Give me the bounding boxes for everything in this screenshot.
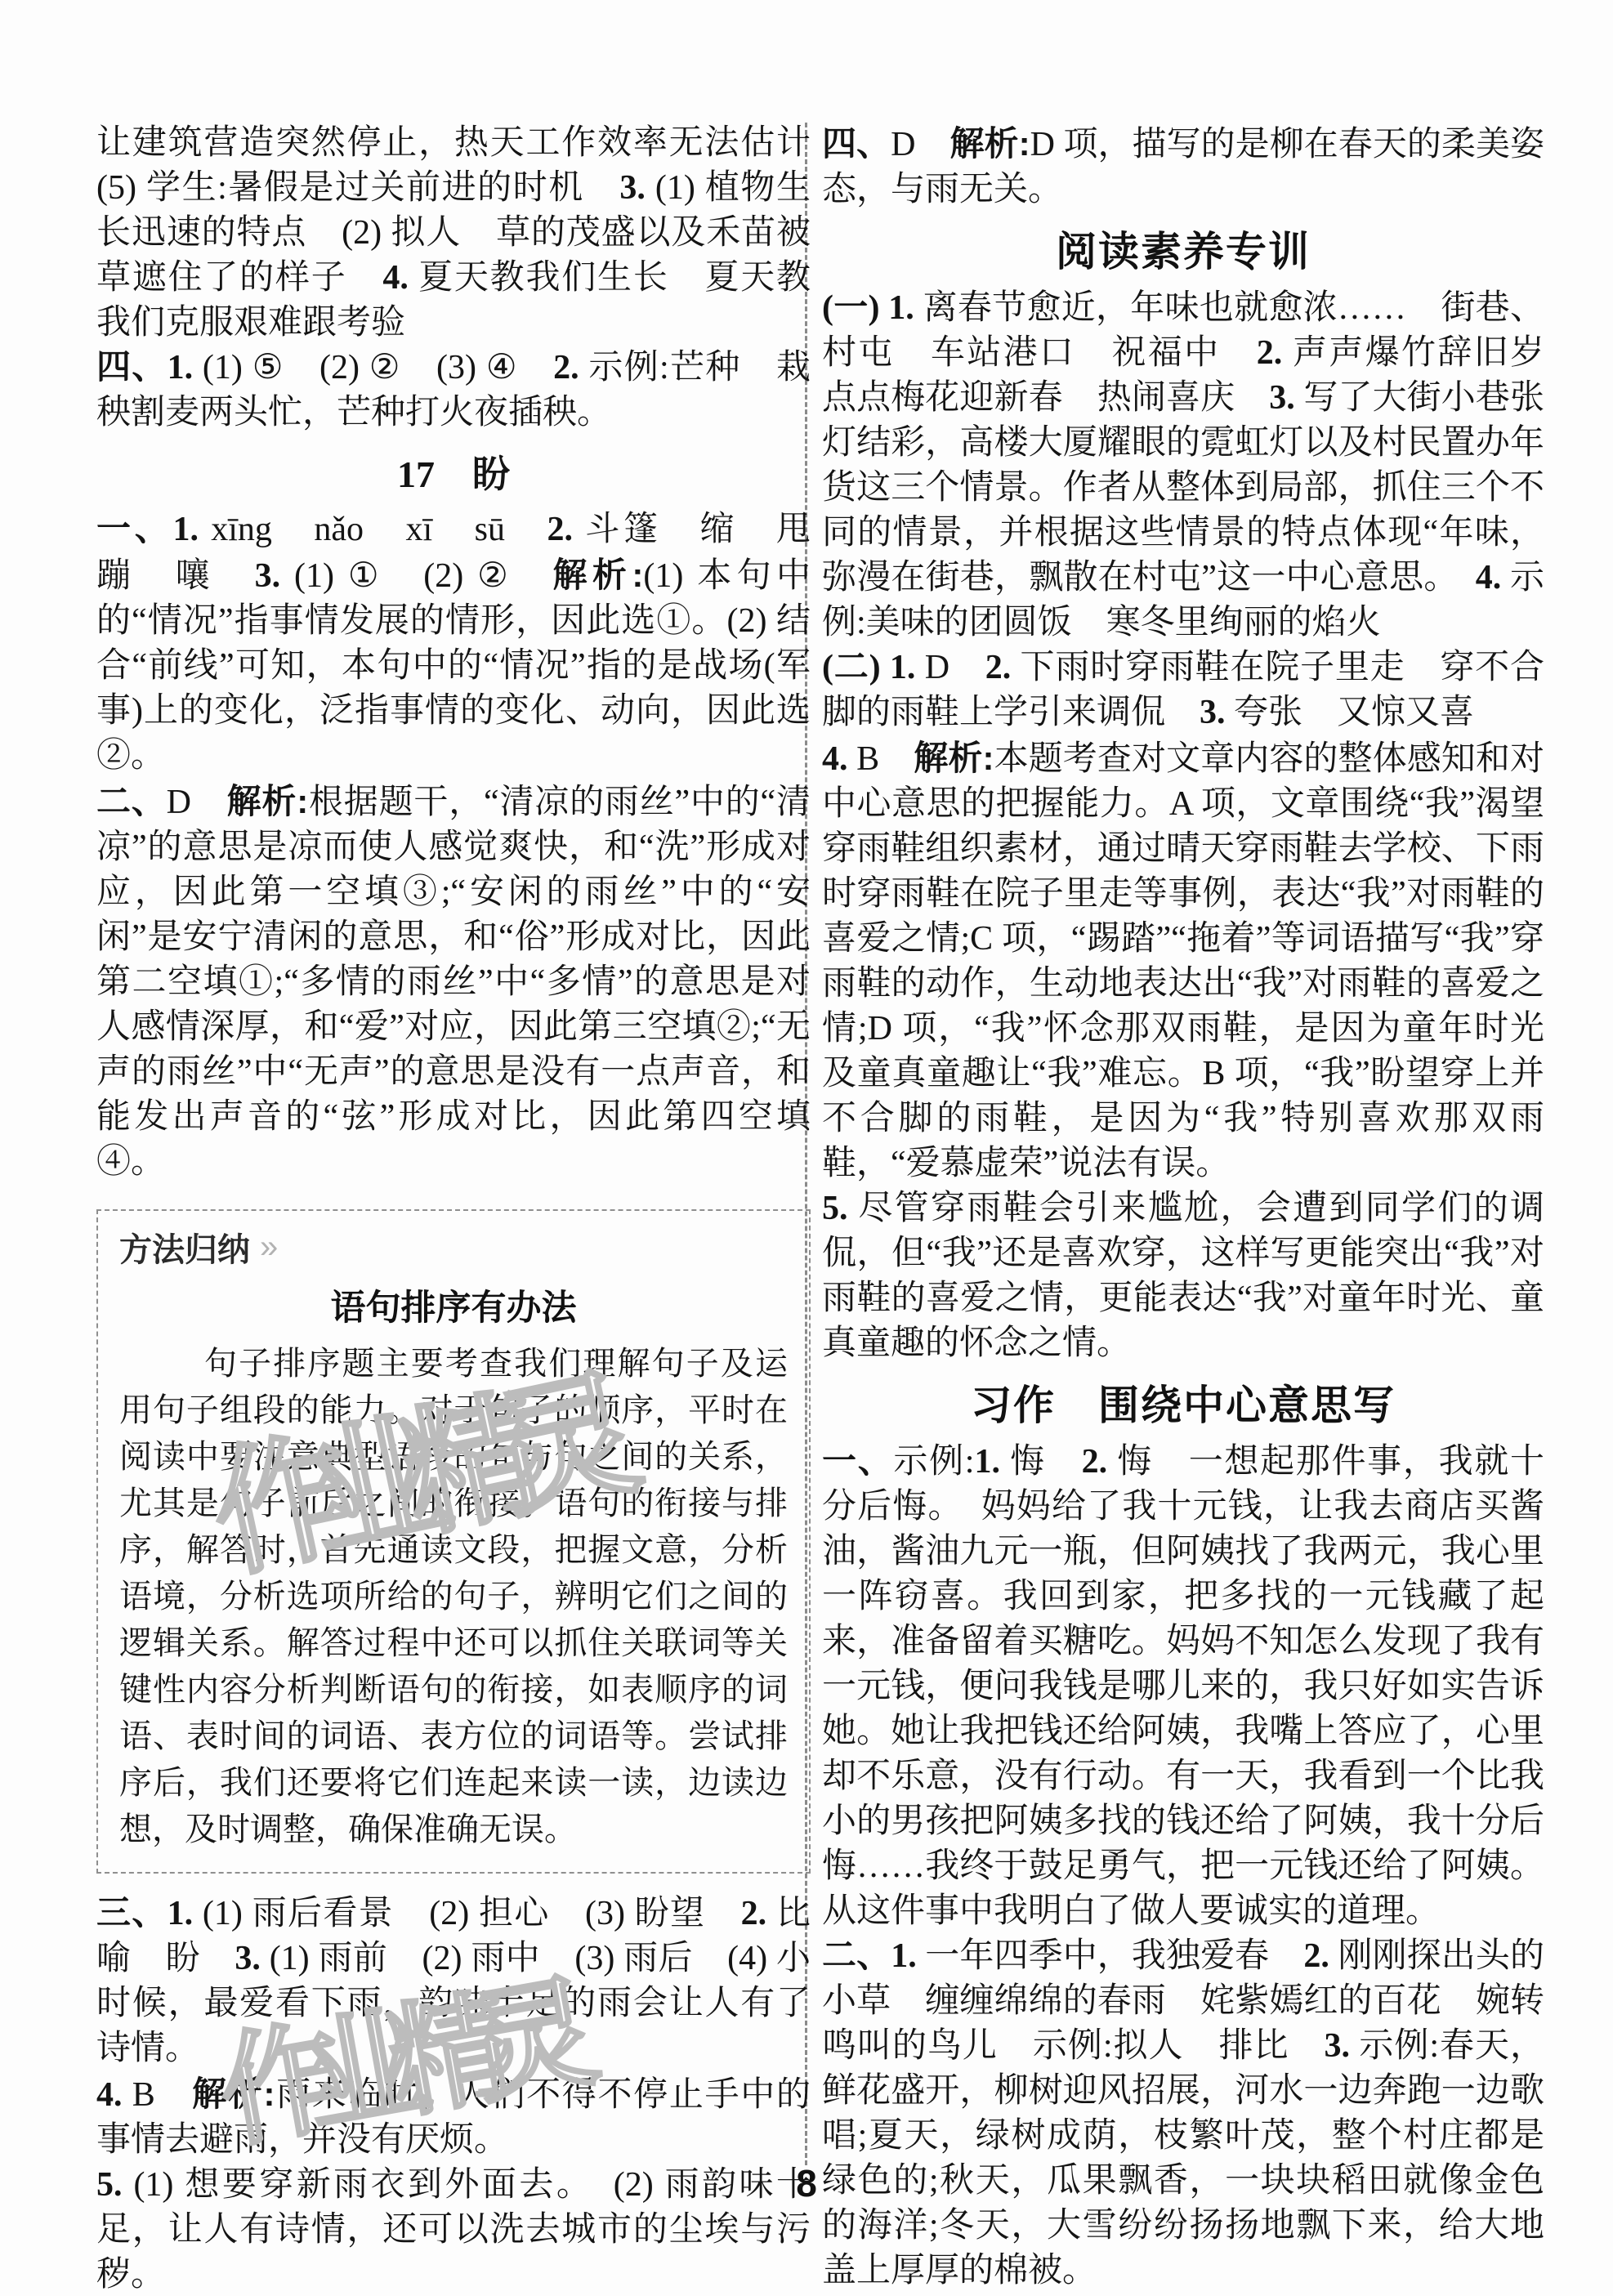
answer-paragraph-section4: 四、1. (1) ⑤ (2) ② (3) ④ 2. 示例:芒种 栽秧割麦两头忙，… <box>96 346 811 436</box>
answer-paragraph-writing2: 二、1. 一年四季中，我独爱春 2. 刚刚探出头的小草 缠缠绵绵的春雨 姹紫嫣红… <box>822 1934 1544 2294</box>
answer-paragraph-reading-item4: 4. B 解析:本题考查对文章内容的整体感知和对中心意思的把握能力。A 项，文章… <box>822 735 1544 1186</box>
answer-paragraph-writing1: 一、示例:1. 悔 2. 悔 一想起那件事，我就十分后悔。 妈妈给了我十元钱，让… <box>822 1440 1544 1934</box>
method-box-label: 方法归纳 <box>119 1224 250 1271</box>
answer-paragraph-reading1: (一) 1. 离春节愈近，年味也就愈浓…… 街巷、村屯 车站港口 祝福中 2. … <box>822 286 1544 645</box>
answer-key-page: 让建筑营造突然停止，热天工作效率无法估计 (5) 学生:暑假是过关前进的时机 3… <box>0 0 1613 2296</box>
answer-paragraph-item4: 4. B 解析:雨来临时，人们不得不停止手中的事情去避雨，并没有厌烦。 <box>96 2071 811 2163</box>
left-column: 让建筑营造突然停止，热天工作效率无法估计 (5) 学生:暑假是过关前进的时机 3… <box>96 121 811 2296</box>
method-summary-box: 方法归纳 » 语句排序有办法 句子排序题主要考查我们理解句子及运用句子组段的能力… <box>96 1209 811 1874</box>
method-box-body: 句子排序题主要考查我们理解句子及运用句子组段的能力。对于句子的顺序，平时在阅读中… <box>119 1340 788 1852</box>
section-heading-reading: 阅读素养专训 <box>822 226 1544 278</box>
page-number: 8 <box>0 2161 1613 2205</box>
answer-paragraph-continued: 让建筑营造突然停止，热天工作效率无法估计 (5) 学生:暑假是过关前进的时机 3… <box>96 121 811 346</box>
answer-paragraph-section2: 二、D 解析:根据题干，“清凉的雨丝”中的“清凉”的意思是凉而使人感觉爽快，和“… <box>96 779 811 1185</box>
method-box-title: 语句排序有办法 <box>119 1280 788 1330</box>
answer-paragraph-reading2: (二) 1. D 2. 下雨时穿雨鞋在院子里走 穿不合脚的雨鞋上学引来调侃 3.… <box>822 645 1544 735</box>
answer-paragraph-section4-right: 四、D 解析:D 项，描写的是柳在春天的柔美姿态，与雨无关。 <box>822 121 1544 212</box>
section-heading-writing: 习作 围绕中心意思写 <box>822 1379 1544 1432</box>
answer-paragraph-section1: 一、1. xīng nǎo xī sū 2. 斗篷 缩 甩 蹦 嚷 3. (1)… <box>96 507 811 779</box>
answer-paragraph-reading-item5: 5. 尽管穿雨鞋会引来尴尬，会遭到同学们的调侃，但“我”还是喜欢穿，这样写更能突… <box>822 1186 1544 1366</box>
answer-paragraph-section3: 三、1. (1) 雨后看景 (2) 担心 (3) 盼望 2. 比喻 盼 3. (… <box>96 1892 811 2071</box>
chevron-double-right-icon: » <box>260 1229 278 1266</box>
right-column: 四、D 解析:D 项，描写的是柳在春天的柔美姿态，与雨无关。 阅读素养专训 (一… <box>822 121 1544 2294</box>
lesson-heading-17-pan: 17 盼 <box>96 450 811 499</box>
method-box-header: 方法归纳 » <box>119 1224 788 1271</box>
